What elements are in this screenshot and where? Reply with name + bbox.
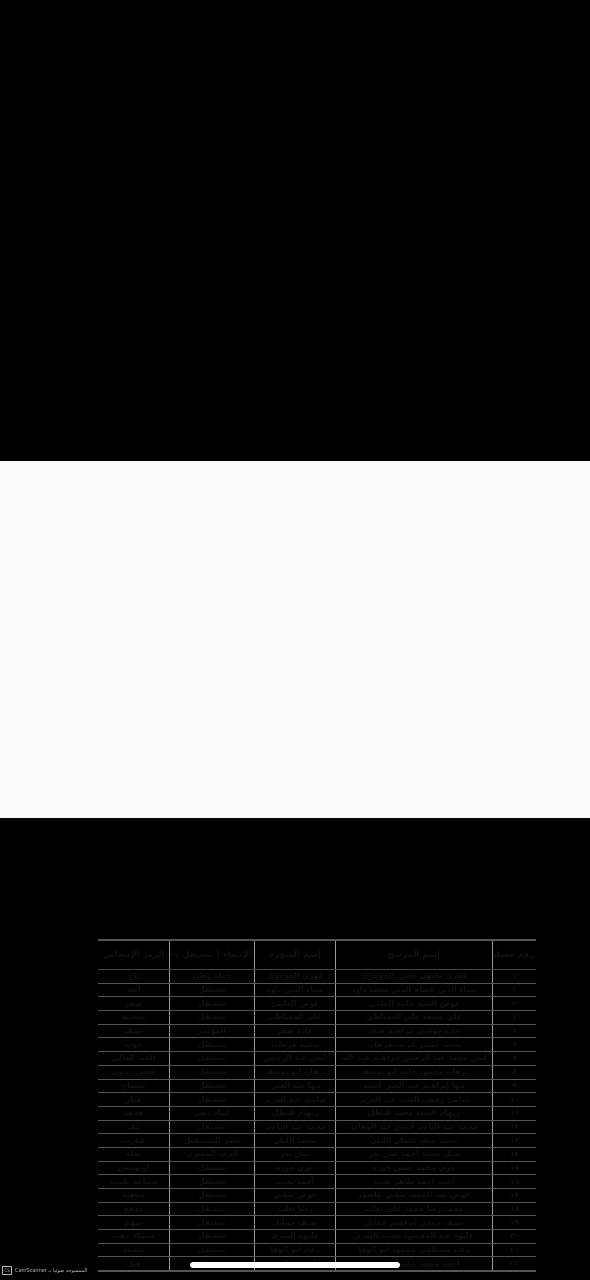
table-row: ٨برهان محمود حامد أبو يوسفبرهان أبو يوسف…	[98, 1065, 536, 1079]
camscanner-watermark: CS CamScanner الممسوحة ضوئيا بـ	[2, 1266, 87, 1275]
table-row: ٥غادة موسي إبراهيم صقرغادة صقرالمؤتمرسيف	[98, 1024, 536, 1038]
candidates-table-wrapper: رقم مسلسل إسم المرشح إسم الشهرة الإنتماء…	[98, 939, 512, 1272]
table-row: ١٩سيف حمدي إبراهيم حمايلسيف حمايلمستقلسه…	[98, 1216, 536, 1230]
watermark-text: CamScanner الممسوحة ضوئيا بـ	[15, 1268, 87, 1274]
affiliation-cell: مستقل	[170, 1093, 255, 1107]
affiliation-cell: مستقل	[170, 1161, 255, 1175]
table-row: ١١ريهام السيد محمد البطلريهام البطلأبناء…	[98, 1106, 536, 1120]
nickname-cell: سامي عبد العزيز	[255, 1093, 336, 1107]
symbol-cell: فيل	[98, 1257, 170, 1271]
nickname-cell: عوض شلبي	[255, 1189, 336, 1203]
nickname-cell: رضا تعلب	[255, 1202, 336, 1216]
symbol-cell: السد العالي	[98, 1052, 170, 1066]
candidate-name-cell: أنس محمد عبد الرحمن إبراهيم عبد الله	[336, 1052, 493, 1066]
affiliation-cell: الوفد المصري	[170, 1147, 255, 1161]
table-row: ٢٠عليوه عبد المقصود محمد السريعليوه السر…	[98, 1230, 536, 1244]
serial-cell: ١٦	[493, 1175, 537, 1189]
affiliation-cell: مستقل	[170, 1120, 255, 1134]
candidate-name-cell: دعاء مصطفي محمود أبو الوفا	[336, 1243, 493, 1257]
candidates-table: رقم مسلسل إسم المرشح إسم الشهرة الإنتماء…	[98, 939, 536, 1272]
serial-cell: ١٨	[493, 1202, 537, 1216]
affiliation-cell: مستقل	[170, 1243, 255, 1257]
table-row: ١٠سامي رفعت السيد عبد العزيزسامي عبد الع…	[98, 1093, 536, 1107]
table-row: ١٦أحمد أحمد طاهر بعيتأحمد بعيتمستقلسماعة…	[98, 1175, 536, 1189]
serial-cell: ٥	[493, 1024, 537, 1038]
symbol-cell: سفينة	[98, 1011, 170, 1025]
affiliation-cell: مستقل	[170, 1065, 255, 1079]
table-header-row: رقم مسلسل إسم المرشح إسم الشهرة الإنتماء…	[98, 940, 536, 970]
affiliation-cell: مستقل	[170, 1216, 255, 1230]
table-row: ٤علي مسعد علي الدمياطيعلي الدمياطيمستقلس…	[98, 1011, 536, 1025]
table-row: ١٧عوض عبد المجيد شلبي عاشورعوض شلبيمستقل…	[98, 1189, 536, 1203]
affiliation-cell: مستقل	[170, 1175, 255, 1189]
candidate-name-cell: محمد سعد عثمان اللبان	[336, 1134, 493, 1148]
symbol-cell: كف	[98, 1120, 170, 1134]
affiliation-cell: مستقل	[170, 1079, 255, 1093]
table-row: ٣عوض السيد حامد العلميعوض العلميمستقلصقر	[98, 997, 536, 1011]
symbol-cell: صقر	[98, 997, 170, 1011]
header-serial: رقم مسلسل	[493, 940, 537, 970]
table-row: ٩مها إبراهيم عبد الغني أحمدمها عبد الغني…	[98, 1079, 536, 1093]
nickname-cell: غادة صقر	[255, 1024, 336, 1038]
nickname-cell: نبيل بدر	[255, 1147, 336, 1161]
serial-cell: ١	[493, 970, 537, 984]
table-row: ٢ضياء الدين عصام الدين محمد داودضياء الد…	[98, 983, 536, 997]
candidate-name-cell: مها إبراهيم عبد الغني أحمد	[336, 1079, 493, 1093]
symbol-cell: غصن زيتون	[98, 1065, 170, 1079]
candidate-name-cell: فوزي مأمون حسن الجوجري	[336, 970, 493, 984]
serial-cell: ٩	[493, 1079, 537, 1093]
serial-cell: ٤	[493, 1011, 537, 1025]
nickname-cell: محمد اللبان	[255, 1134, 336, 1148]
header-symbol: الرمز الإنتخابي	[98, 940, 170, 970]
serial-cell: ٢	[493, 983, 537, 997]
affiliation-cell: حماة وطن	[170, 970, 255, 984]
serial-cell: ٨	[493, 1065, 537, 1079]
nickname-cell: مها عبد الغني	[255, 1079, 336, 1093]
serial-cell: ١٢	[493, 1120, 537, 1134]
serial-cell: ٧	[493, 1052, 537, 1066]
candidate-name-cell: سامي رفعت السيد عبد العزيز	[336, 1093, 493, 1107]
table-row: ١٢محمد عبد الناصر أنيس عبد الوهابمحمد عب…	[98, 1120, 536, 1134]
affiliation-cell: مستقل	[170, 1052, 255, 1066]
table-row: ١٣محمد سعد عثمان اللبانمحمد اللبانمصر ال…	[98, 1134, 536, 1148]
affiliation-cell: مستقل	[170, 1230, 255, 1244]
table-row: ١٤نبيل محمد أحمد علي بدرنبيل بدرالوفد ال…	[98, 1147, 536, 1161]
candidate-name-cell: سيف حمدي إبراهيم حمايل	[336, 1216, 493, 1230]
serial-cell: ١٧	[493, 1189, 537, 1203]
serial-cell: ٣	[493, 997, 537, 1011]
candidate-name-cell: عليوه عبد المقصود محمد السري	[336, 1230, 493, 1244]
affiliation-cell: مصر المستقبل	[170, 1134, 255, 1148]
candidate-name-cell: أحمد أحمد طاهر بعيت	[336, 1175, 493, 1189]
candidate-name-cell: نبيل محمد أحمد علي بدر	[336, 1147, 493, 1161]
symbol-cell: نخلة	[98, 1147, 170, 1161]
candidate-name-cell: ضياء الدين عصام الدين محمد داود	[336, 983, 493, 997]
candidate-name-cell: عوض السيد حامد العلمي	[336, 997, 493, 1011]
affiliation-cell: أبناء مصر	[170, 1106, 255, 1120]
candidate-name-cell: محمد رضا محمد علي تعلب	[336, 1202, 493, 1216]
serial-cell: ١٥	[493, 1161, 537, 1175]
nickname-cell: علي الدمياطي	[255, 1011, 336, 1025]
nickname-cell: محمد فرحات	[255, 1038, 336, 1052]
nickname-cell: برهان أبو يوسف	[255, 1065, 336, 1079]
symbol-cell: أوتوبيس	[98, 1161, 170, 1175]
nickname-cell: ضياء الدين داود	[255, 983, 336, 997]
symbol-cell: شمعة	[98, 1243, 170, 1257]
candidate-name-cell: محمد سمير غريب فرحات	[336, 1038, 493, 1052]
symbol-cell: عقرب	[98, 1134, 170, 1148]
nickname-cell: سيف حمايل	[255, 1216, 336, 1230]
serial-cell: ١٤	[493, 1147, 537, 1161]
serial-cell: ١٩	[493, 1216, 537, 1230]
serial-cell: ٦	[493, 1038, 537, 1052]
symbol-cell: حوت	[98, 1038, 170, 1052]
header-candidate-name: إسم المرشح	[336, 940, 493, 970]
table-row: ٧أنس محمد عبد الرحمن إبراهيم عبد اللهأنس…	[98, 1052, 536, 1066]
candidate-name-cell: علي مسعد علي الدمياطي	[336, 1011, 493, 1025]
table-row: ١فوزي مأمون حسن الجوجريفوزي الجوجريحماة …	[98, 970, 536, 984]
affiliation-cell: مستقل	[170, 983, 255, 997]
affiliation-cell: مستقل	[170, 1038, 255, 1052]
symbol-cell: سبيكة ذهب	[98, 1230, 170, 1244]
table-body: ١فوزي مأمون حسن الجوجريفوزي الجوجريحماة …	[98, 970, 536, 1272]
candidate-name-cell: عوض عبد المجيد شلبي عاشور	[336, 1189, 493, 1203]
symbol-cell: سيف	[98, 1024, 170, 1038]
candidate-name-cell: محمد عبد الناصر أنيس عبد الوهاب	[336, 1120, 493, 1134]
candidate-name-cell: عزي محمد حسن جوده	[336, 1161, 493, 1175]
nickname-cell: عوض العلمي	[255, 997, 336, 1011]
symbol-cell: هدهد	[98, 1106, 170, 1120]
candidate-name-cell: ريهام السيد محمد البطل	[336, 1106, 493, 1120]
symbol-cell: تمساح	[98, 1079, 170, 1093]
nickname-cell: عليوه السري	[255, 1230, 336, 1244]
header-affiliation: الإنتماء ( مستقل / حزبي )	[170, 940, 255, 970]
symbol-cell: مدفع	[98, 1202, 170, 1216]
serial-cell: ١٣	[493, 1134, 537, 1148]
symbol-cell: أسد	[98, 983, 170, 997]
affiliation-cell: مستقل	[170, 1189, 255, 1203]
nickname-cell: دعاء أبو الوفا	[255, 1243, 336, 1257]
nickname-cell: عزي جوده	[255, 1161, 336, 1175]
nickname-cell: فوزي الجوجري	[255, 970, 336, 984]
nickname-cell: محمد عبد الناصر	[255, 1120, 336, 1134]
symbol-cell: سماعة طبيب	[98, 1175, 170, 1189]
header-nickname: إسم الشهرة	[255, 940, 336, 970]
table-row: ١٥عزي محمد حسن جودهعزي جودهمستقلأوتوبيس	[98, 1161, 536, 1175]
affiliation-cell: مستقل	[170, 997, 255, 1011]
candidate-name-cell: برهان محمود حامد أبو يوسف	[336, 1065, 493, 1079]
camscanner-icon: CS	[2, 1266, 12, 1275]
serial-cell: ٢٠	[493, 1230, 537, 1244]
table-row: ٢١دعاء مصطفي محمود أبو الوفادعاء أبو الو…	[98, 1243, 536, 1257]
affiliation-cell: المؤتمر	[170, 1024, 255, 1038]
symbol-cell: سهم	[98, 1216, 170, 1230]
nickname-cell: أنس عبد الرحمن	[255, 1052, 336, 1066]
table-row: ١٨محمد رضا محمد علي تعلبرضا تعلبمستقلمدف…	[98, 1202, 536, 1216]
symbol-cell: تاج	[98, 970, 170, 984]
serial-cell: ٢٢	[493, 1257, 537, 1271]
affiliation-cell: مستقل	[170, 1202, 255, 1216]
home-indicator[interactable]	[190, 1262, 400, 1268]
nickname-cell: أحمد بعيت	[255, 1175, 336, 1189]
candidate-name-cell: غادة موسي إبراهيم صقر	[336, 1024, 493, 1038]
table-row: ٦محمد سمير غريب فرحاتمحمد فرحاتمستقلحوت	[98, 1038, 536, 1052]
nickname-cell: ريهام البطل	[255, 1106, 336, 1120]
affiliation-cell: مستقل	[170, 1011, 255, 1025]
symbol-cell: ساقية	[98, 1189, 170, 1203]
symbol-cell: فنار	[98, 1093, 170, 1107]
scanned-document-photo: رقم مسلسل إسم المرشح إسم الشهرة الإنتماء…	[0, 461, 590, 818]
serial-cell: ٢١	[493, 1243, 537, 1257]
serial-cell: ١٠	[493, 1093, 537, 1107]
serial-cell: ١١	[493, 1106, 537, 1120]
